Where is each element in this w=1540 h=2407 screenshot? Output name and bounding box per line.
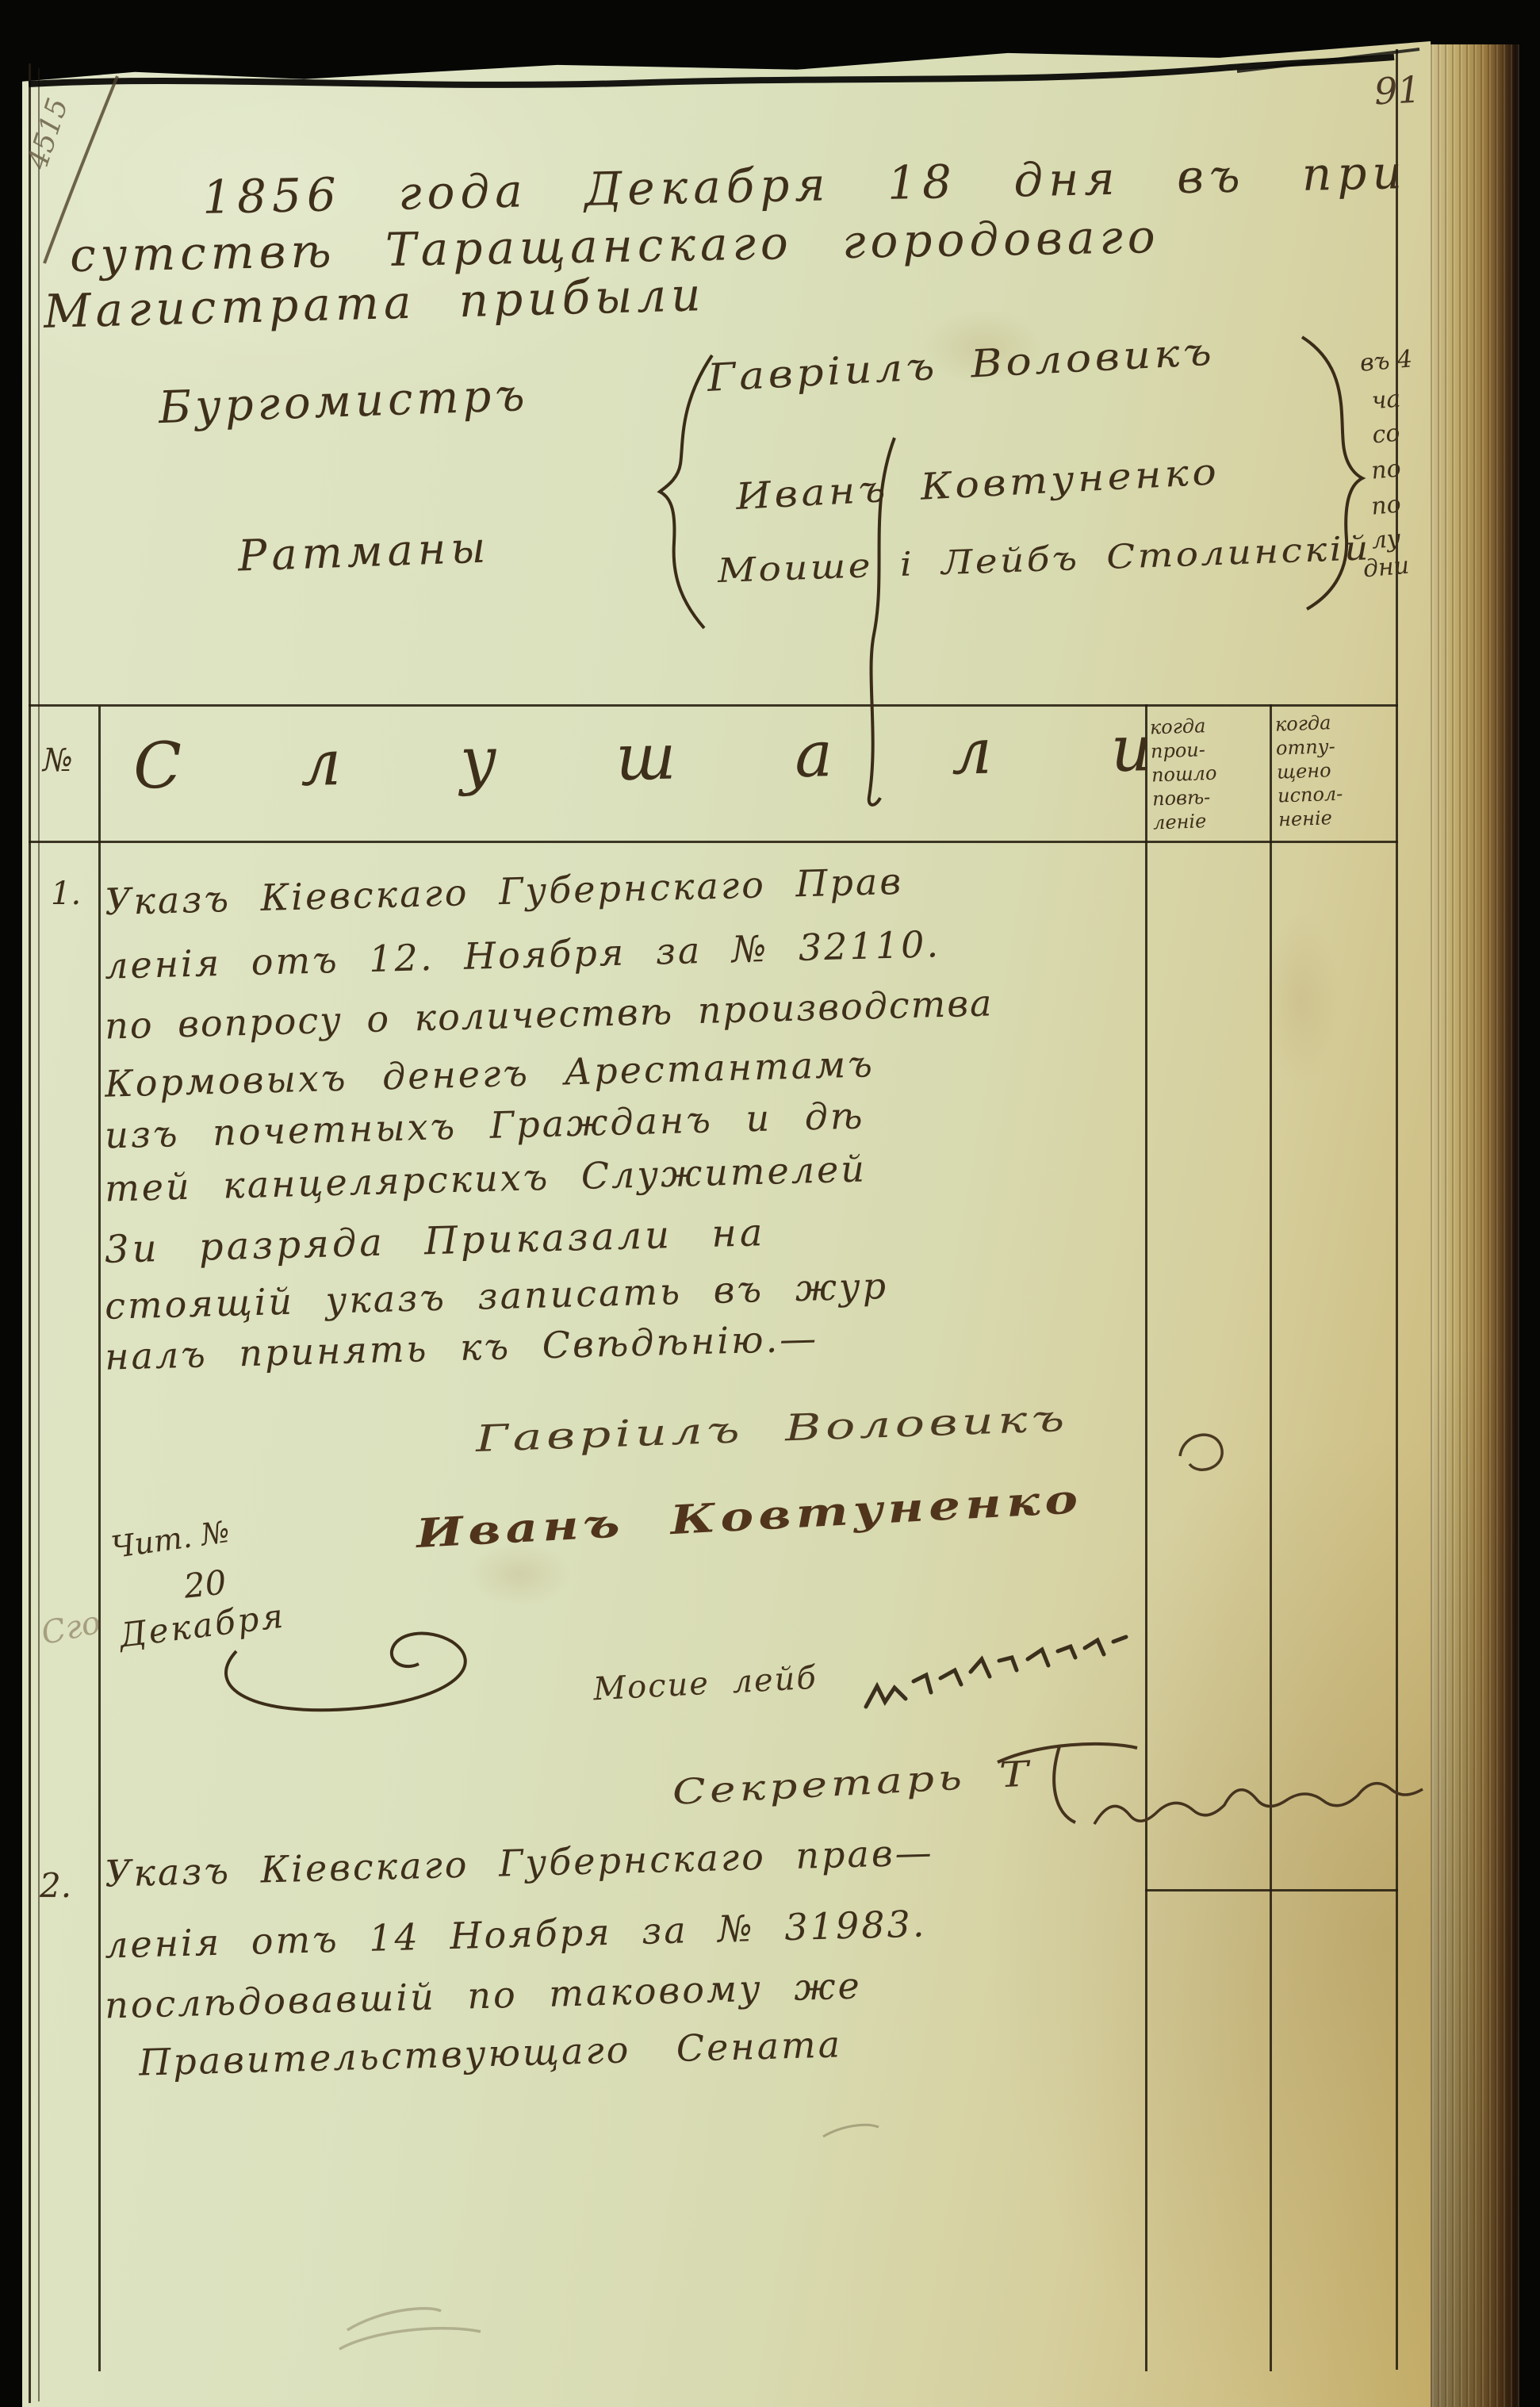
- table-col1-line: [1145, 704, 1147, 2371]
- table-number-header: №: [43, 744, 73, 777]
- table-left-inner-line: [38, 68, 40, 2401]
- page-number: 91: [1373, 71, 1422, 111]
- table-entry-separator-line: [1145, 1889, 1398, 1891]
- table-col2-line: [1270, 704, 1272, 2371]
- table-number-column-line: [98, 706, 101, 2371]
- table-left-frame-line: [29, 63, 31, 2403]
- table-header-top-line: [29, 704, 1398, 707]
- table-col1-header: когда прои- пошло повѣ- леніе: [1149, 712, 1268, 835]
- margin-note-line2: 20: [182, 1565, 228, 1604]
- entry2-number: 2.: [40, 1868, 71, 1903]
- table-col2-header: когда отпу- щено испол- неніе: [1274, 708, 1396, 831]
- ratman-label: Ратманы: [237, 525, 491, 579]
- margin-time-1: въ 4: [1347, 346, 1425, 378]
- table-header-bottom-line: [29, 841, 1398, 843]
- manuscript-photo: 4515 91 1856 года Декабря 18 дня въ при …: [0, 0, 1540, 2407]
- book-fore-edge: [1431, 44, 1519, 2407]
- entry1-number: 1.: [51, 877, 81, 910]
